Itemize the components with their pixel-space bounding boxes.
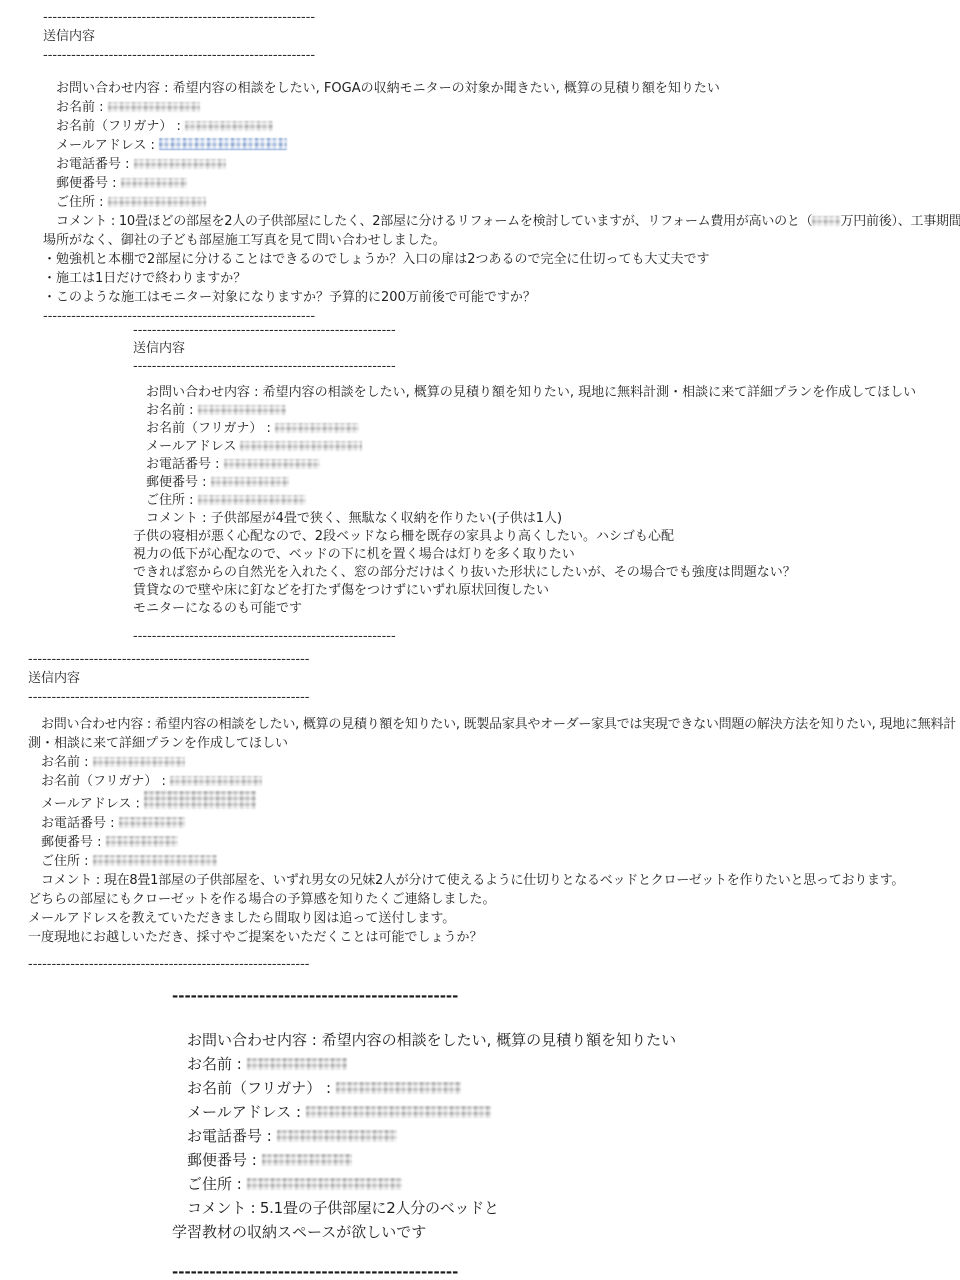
separator-line: ----------------------------------------… xyxy=(28,650,960,669)
field-line-name: お名前 : xyxy=(43,98,960,117)
field-label: お名前（フリガナ） : xyxy=(41,774,170,789)
field-line-name: お名前 : xyxy=(172,1052,960,1076)
email-thread: ----------------------------------------… xyxy=(0,8,960,1280)
redacted-value xyxy=(240,441,362,451)
redacted-value xyxy=(170,776,262,786)
field-line-name: お名前 : xyxy=(28,753,960,772)
field-line-furigana: お名前（フリガナ） : xyxy=(172,1076,960,1100)
text-line: 学習教材の収納スペースが欲しいです xyxy=(172,1220,960,1244)
redacted-value xyxy=(275,423,359,433)
redacted-value xyxy=(108,197,206,207)
field-value: 10畳ほどの部屋を2人の子供部屋にしたく、2部屋に分けるリフォームを検討していま… xyxy=(119,214,813,229)
blank-line xyxy=(133,618,960,628)
separator-line: ----------------------------------------… xyxy=(28,688,960,707)
field-label: コメント : xyxy=(146,511,211,526)
field-value: 希望内容の相談をしたい, 概算の見積り額を知りたい xyxy=(322,1031,677,1049)
bullet-line: ・このような施工はモニター対象になりますか？予算的に200万前後で可能ですか？ xyxy=(43,288,960,307)
field-line-inquiry: お問い合わせ内容 : 希望内容の相談をしたい, 概算の見積り額を知りたい xyxy=(172,1028,960,1052)
field-line-postal: 郵便番号 : xyxy=(43,174,960,193)
redacted-value xyxy=(121,178,187,188)
field-line-inquiry: お問い合わせ内容 : 希望内容の相談をしたい, 概算の見積り額を知りたい, 現地… xyxy=(133,384,960,402)
field-line-address: ご住所 : xyxy=(43,193,960,212)
redacted-value xyxy=(247,1178,402,1190)
separator-line: ----------------------------------------… xyxy=(133,358,960,376)
field-label: お名前 : xyxy=(187,1055,247,1073)
separator-line: ----------------------------------------… xyxy=(133,628,960,646)
blank-line xyxy=(133,376,960,384)
redacted-value xyxy=(247,1058,347,1070)
field-line-address: ご住所 : xyxy=(28,852,960,871)
message-1: ----------------------------------------… xyxy=(43,8,960,326)
redacted-value xyxy=(306,1106,491,1118)
redacted-value xyxy=(144,791,256,809)
field-line-phone: お電話番号 : xyxy=(28,814,960,833)
redacted-value xyxy=(277,1130,397,1142)
redacted-value xyxy=(211,477,289,487)
text-line: 賃貸なので壁や床に釘などを打たず傷をつけずにいずれ原状回復したい xyxy=(133,582,960,600)
field-line-inquiry: お問い合わせ内容 : 希望内容の相談をしたい, FOGAの収納モニターの対象か聞… xyxy=(43,79,960,98)
field-label: コメント : xyxy=(56,214,119,229)
field-label: お電話番号 : xyxy=(146,457,224,472)
blank-line xyxy=(28,947,960,955)
field-label: メールアドレス : xyxy=(41,797,144,812)
field-line-email: メールアドレス : xyxy=(43,136,960,155)
field-label: お問い合わせ内容 : xyxy=(187,1031,322,1049)
field-label: コメント : xyxy=(41,873,104,888)
redacted-value xyxy=(106,836,178,846)
section-title: 送信内容 xyxy=(28,669,960,688)
separator-line: ----------------------------------------… xyxy=(133,322,960,340)
field-label: コメント : xyxy=(187,1199,260,1217)
field-label: お電話番号 : xyxy=(56,157,134,172)
field-line-comment: コメント : 10畳ほどの部屋を2人の子供部屋にしたく、2部屋に分けるリフォーム… xyxy=(43,212,960,231)
field-line-furigana: お名前（フリガナ） : xyxy=(133,420,960,438)
field-line-comment: コメント : 5.1畳の子供部屋に2人分のベッドと xyxy=(172,1196,960,1220)
section-title: 送信内容 xyxy=(43,27,960,46)
text-line: 場所がなく、御社の子ども部屋施工写真を見て問い合わせしました。 xyxy=(43,231,960,250)
field-line-comment: コメント : 子供部屋が4畳で狭く、無駄なく収納を作りたい(子供は1人) xyxy=(133,510,960,528)
field-label: お電話番号 : xyxy=(187,1127,277,1145)
text-line: 子供の寝相が悪く心配なので、2段ベッドなら柵を既存の家具より高くしたい。ハシゴも… xyxy=(133,528,960,546)
separator-line: ----------------------------------------… xyxy=(172,1260,960,1280)
field-label: メールアドレス : xyxy=(56,138,159,153)
field-value: 希望内容の相談をしたい, 概算の見積り額を知りたい, 現地に無料計測・相談に来て… xyxy=(263,385,917,400)
field-line-name: お名前 : xyxy=(133,402,960,420)
field-line-postal: 郵便番号 : xyxy=(172,1148,960,1172)
message-2: ----------------------------------------… xyxy=(133,322,960,646)
redacted-value xyxy=(812,216,840,226)
section-title: 送信内容 xyxy=(133,340,960,358)
separator-line: ----------------------------------------… xyxy=(28,955,960,974)
message-3: ----------------------------------------… xyxy=(28,650,960,974)
blank-line xyxy=(172,1244,960,1260)
field-label: お問い合わせ内容 : xyxy=(146,385,263,400)
field-label: お問い合わせ内容 : xyxy=(56,81,173,96)
field-line-comment-address: ご住所 : xyxy=(133,492,960,510)
field-label: 郵便番号 : xyxy=(41,835,106,850)
field-line-furigana: お名前（フリガナ） : xyxy=(43,117,960,136)
field-label: 郵便番号 : xyxy=(146,475,211,490)
field-line-comment: コメント : 現在8畳1部屋の子供部屋を、いずれ男女の兄妹2人が分けて使えるよう… xyxy=(28,871,960,890)
redacted-value xyxy=(336,1082,461,1094)
field-label: お名前 : xyxy=(146,403,198,418)
text-line: 測・相談に来て詳細プランを作成してほしい xyxy=(28,734,960,753)
field-line-address: ご住所 : xyxy=(172,1172,960,1196)
field-line-furigana: お名前（フリガナ） : xyxy=(28,772,960,791)
field-label: お問い合わせ内容 : xyxy=(41,717,155,732)
field-value: 現在8畳1部屋の子供部屋を、いずれ男女の兄妹2人が分けて使えるように仕切りとなる… xyxy=(104,873,904,888)
field-label: メールアドレス xyxy=(146,439,240,454)
text-line: どちらの部屋にもクローゼットを作る場合の予算感を知りたくご連絡しました。 xyxy=(28,890,960,909)
blank-line xyxy=(28,707,960,715)
separator-line: ----------------------------------------… xyxy=(172,984,960,1008)
redacted-value xyxy=(119,817,185,827)
field-label: ご住所 : xyxy=(146,493,198,508)
field-label: お名前（フリガナ） : xyxy=(146,421,275,436)
field-label: ご住所 : xyxy=(41,854,93,869)
text-line: できれば窓からの自然光を入れたく、窓の部分だけはくり抜いた形状にしたいが、その場… xyxy=(133,564,960,582)
field-line-phone: お電話番号 : xyxy=(172,1124,960,1148)
message-4: ----------------------------------------… xyxy=(172,984,960,1280)
text-line: モニターになるのも可能です xyxy=(133,600,960,618)
blank-line xyxy=(172,1008,960,1028)
field-line-inquiry: お問い合わせ内容 : 希望内容の相談をしたい, 概算の見積り額を知りたい, 既製… xyxy=(28,715,960,734)
field-label: メールアドレス : xyxy=(187,1103,306,1121)
field-value: 希望内容の相談をしたい, FOGAの収納モニターの対象か聞きたい, 概算の見積り… xyxy=(173,81,720,96)
field-label: ご住所 : xyxy=(187,1175,247,1193)
field-line-phone: お電話番号 : xyxy=(43,155,960,174)
field-value: 希望内容の相談をしたい, 概算の見積り額を知りたい, 既製品家具やオーダー家具で… xyxy=(155,717,956,732)
field-line-email: メールアドレス : xyxy=(28,791,960,814)
field-value: 子供部屋が4畳で狭く、無駄なく収納を作りたい(子供は1人) xyxy=(211,511,562,526)
redacted-value xyxy=(262,1154,352,1166)
redacted-email-link[interactable] xyxy=(159,138,287,150)
bullet-line: ・施工は1日だけで終わりますか？ xyxy=(43,269,960,288)
field-label: 郵便番号 : xyxy=(56,176,121,191)
redacted-value xyxy=(93,855,217,865)
redacted-value xyxy=(93,757,185,767)
field-label: お電話番号 : xyxy=(41,816,119,831)
redacted-value xyxy=(134,159,226,169)
field-line-phone: お電話番号 : xyxy=(133,456,960,474)
text-line: 一度現地にお越しいただき、採寸やご提案をいただくことは可能でしょうか？ xyxy=(28,928,960,947)
separator-line: ----------------------------------------… xyxy=(43,46,960,65)
redacted-value xyxy=(185,121,273,131)
bullet-line: ・勉強机と本棚で2部屋に分けることはできるのでしょうか？入口の扉は2つあるので完… xyxy=(43,250,960,269)
field-line-postal: 郵便番号 : xyxy=(133,474,960,492)
field-label: 郵便番号 : xyxy=(187,1151,262,1169)
redacted-value xyxy=(198,405,286,415)
field-line-email: メールアドレス : xyxy=(172,1100,960,1124)
redacted-value xyxy=(198,495,306,505)
field-label: ご住所 : xyxy=(56,195,108,210)
separator-line: ----------------------------------------… xyxy=(43,8,960,27)
field-label: お名前 : xyxy=(56,100,108,115)
field-label: お名前（フリガナ） : xyxy=(56,119,185,134)
blank-line xyxy=(43,65,960,79)
field-value-after-redaction: 万円前後）、工事期間に住む xyxy=(840,214,960,229)
field-label: お名前（フリガナ） : xyxy=(187,1079,336,1097)
text-line: メールアドレスを教えていただきましたら間取り図は追って送付します。 xyxy=(28,909,960,928)
text-line: 視力の低下が心配なので、ベッドの下に机を置く場合は灯りを多く取りたい xyxy=(133,546,960,564)
field-value: 5.1畳の子供部屋に2人分のベッドと xyxy=(260,1199,499,1217)
field-line-postal: 郵便番号 : xyxy=(28,833,960,852)
redacted-value xyxy=(224,459,320,469)
field-label: お名前 : xyxy=(41,755,93,770)
field-line-email: メールアドレス xyxy=(133,438,960,456)
redacted-value xyxy=(108,102,200,112)
